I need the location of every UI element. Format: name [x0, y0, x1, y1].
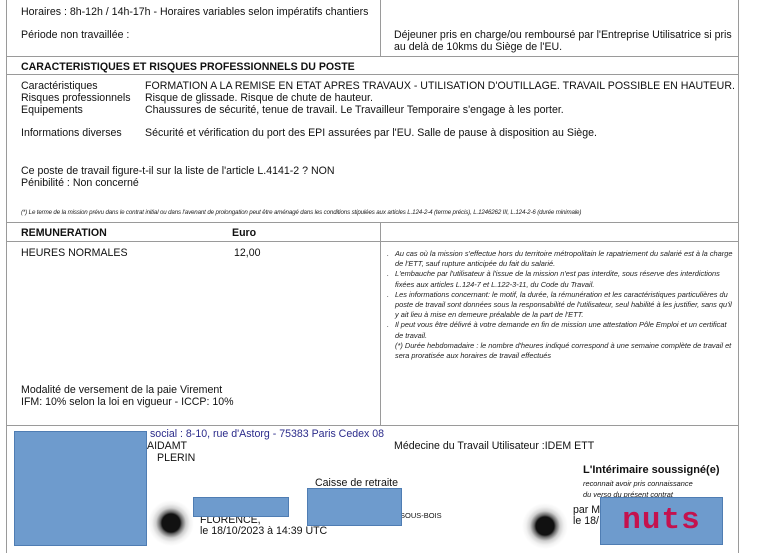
schedule-divider	[380, 0, 381, 56]
risk-value-characteristics: FORMATION A LA REMISE EN ETAT APRES TRAV…	[145, 80, 735, 92]
article-question: Ce poste de travail figure-t-il sur la l…	[21, 165, 335, 177]
medical-service-city: PLERIN	[157, 452, 195, 464]
non-worked-period-label: Période non travaillée :	[21, 29, 129, 41]
right-border	[738, 0, 739, 553]
redaction-block	[193, 497, 289, 517]
headquarters-address: social : 8-10, rue d'Astorg - 75383 Pari…	[150, 428, 384, 440]
retirement-city-fragment: SOUS-BOIS	[400, 511, 442, 520]
temp-worker-acknowledgement-1: reconnait avoir pris connaissance	[583, 479, 693, 488]
right-signer-date: le 18/	[573, 515, 599, 527]
note-item: .L'embauche par l'utilisateur à l'issue …	[387, 269, 735, 289]
working-hours: Horaires : 8h-12h / 14h-17h - Horaires v…	[21, 6, 368, 18]
rule-remuneration-bottom	[6, 425, 739, 426]
signature-seal-icon	[522, 503, 568, 549]
note-item: .Il peut vous être délivré à votre deman…	[387, 320, 735, 340]
note-item: (*) Durée hebdomadaire : le nombre d'heu…	[387, 341, 735, 361]
lunch-note-line2: au delà de 10kms du Siège de l'EU.	[394, 41, 562, 53]
temp-worker-title: L'Intérimaire soussigné(e)	[583, 464, 720, 476]
remuneration-row-label: HEURES NORMALES	[21, 247, 128, 259]
risk-value-equipment: Chaussures de sécurité, tenue de travail…	[145, 104, 564, 116]
payment-method: Modalité de versement de la paie Viremen…	[21, 384, 222, 396]
rule-schedule-bottom	[6, 56, 739, 57]
remuneration-divider	[380, 222, 381, 425]
risk-label-characteristics: Caractéristiques	[21, 80, 98, 92]
risk-value-misc-info: Sécurité et vérification du port des EPI…	[145, 127, 597, 139]
risk-value-professional-risks: Risque de glissade. Risque de chute de h…	[145, 92, 373, 104]
left-signer-date: le 18/10/2023 à 14:39 UTC	[200, 525, 327, 537]
penibility: Pénibilité : Non concerné	[21, 177, 139, 189]
redaction-block	[14, 431, 147, 546]
signature-seal-icon	[148, 500, 194, 546]
mission-term-footnote: (*) Le terme de la mission prévu dans le…	[21, 209, 581, 216]
overlay-label-box: nuts	[600, 497, 723, 545]
risks-section-title: CARACTERISTIQUES ET RISQUES PROFESSIONNE…	[21, 61, 355, 73]
note-item: .Au cas où la mission s'effectue hors du…	[387, 249, 735, 269]
user-medical-service: Médecine du Travail Utilisateur :IDEM ET…	[394, 440, 594, 452]
left-border	[6, 0, 7, 553]
risk-label-equipment: Equipements	[21, 104, 83, 116]
remuneration-row-value: 12,00	[234, 247, 261, 259]
contract-page: Horaires : 8h-12h / 14h-17h - Horaires v…	[0, 0, 780, 553]
rule-risks-bottom	[6, 222, 739, 223]
risk-label-professional-risks: Risques professionnels	[21, 92, 131, 104]
remuneration-header: REMUNERATION	[21, 227, 107, 239]
remuneration-currency-header: Euro	[232, 227, 256, 239]
medical-service-name: AIDAMT	[147, 440, 187, 452]
rule-risks-title-bottom	[6, 74, 739, 75]
redaction-block	[307, 488, 402, 526]
lunch-note-line1: Déjeuner pris en charge/ou remboursé par…	[394, 29, 732, 41]
allowances: IFM: 10% selon la loi en vigueur - ICCP:…	[21, 396, 234, 408]
note-item: .Les informations concernant: le motif, …	[387, 290, 735, 321]
contract-notes: .Au cas où la mission s'effectue hors du…	[387, 249, 735, 361]
risk-label-misc-info: Informations diverses	[21, 127, 122, 139]
rule-remuneration-header-bottom	[6, 241, 739, 242]
